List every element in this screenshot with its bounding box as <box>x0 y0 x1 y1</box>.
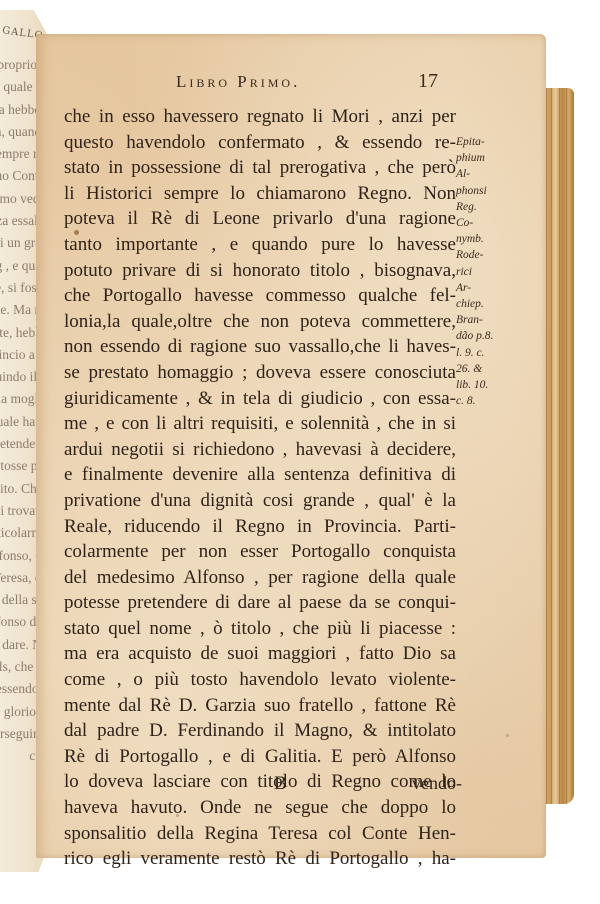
text-line: mente dal Rè D. Garzia suo fratello , fa… <box>64 693 456 719</box>
marginal-note-line: Ar- <box>456 280 502 296</box>
text-line: e finalmente devenire alla sentenza defi… <box>64 462 456 488</box>
marginal-note-line: nymb. <box>456 231 502 247</box>
text-line: Rè di Portogallo , e di Galitia. E però … <box>64 744 456 770</box>
signature-mark: B <box>274 773 287 795</box>
marginal-note-line: lib. 10. <box>456 377 502 393</box>
text-line: stato quel nome , ò titolo , che più li … <box>64 616 456 642</box>
catchword: vendo- <box>412 773 462 794</box>
marginal-note-line: Al- <box>456 166 502 182</box>
text-line: li Historici sempre lo chiamarono Regno.… <box>64 181 456 207</box>
text-line: colarmente per non esser Portogallo conq… <box>64 539 456 565</box>
marginal-note-line: chiep. <box>456 296 502 312</box>
marginal-note: Epita-phiumAl-phonsiReg.Co-nymb.Rode-ric… <box>456 134 502 409</box>
text-line: potesse pretendere di dare al paese da s… <box>64 590 456 616</box>
marginal-note-line: 26. & <box>456 361 502 377</box>
text-line: giuridicamente , & in tela di giudicio ,… <box>64 386 456 412</box>
text-line: sponsalitio della Regina Teresa col Cont… <box>64 821 456 847</box>
text-line: ardui negotii si richiedono , havevasi à… <box>64 437 456 463</box>
text-line: non essendo di ragione suo vassallo,che … <box>64 334 456 360</box>
text-line: questo havendolo confermato , & essendo … <box>64 130 456 156</box>
marginal-note-line: c. 8. <box>456 393 502 409</box>
marginal-note-line: phonsi <box>456 183 502 199</box>
text-line: potuto privare di si honorato titolo , b… <box>64 258 456 284</box>
marginal-note-line: Co- <box>456 215 502 231</box>
marginal-note-line: Epita- <box>456 134 502 150</box>
marginal-note-line: Reg. <box>456 199 502 215</box>
marginal-note-line: dão p.8. <box>456 328 502 344</box>
recto-page: Libro Primo. 17 che in esso havessero re… <box>36 34 546 858</box>
marginal-note-line: Bran- <box>456 312 502 328</box>
body-text: che in esso havessero regnato li Mori , … <box>64 104 456 872</box>
marginal-note-line: rici <box>456 264 502 280</box>
text-line: me , e con li altri requisiti, e solenni… <box>64 411 456 437</box>
text-line: dal padre D. Ferdinando il Magno, & inti… <box>64 718 456 744</box>
text-line: che in esso havessero regnato li Mori , … <box>64 104 456 130</box>
marginal-note-line: phium <box>456 150 502 166</box>
foxing-spot <box>176 814 179 817</box>
text-line: privatione d'una dignità cosi grande , q… <box>64 488 456 514</box>
text-line: che Portogallo havesse commesso qualche … <box>64 283 456 309</box>
text-line: lonia,la quale,oltre che non poteva comm… <box>64 309 456 335</box>
text-line: ma era acquisto de suoi maggiori , fatto… <box>64 641 456 667</box>
marginal-note-line: Rode- <box>456 247 502 263</box>
text-line: Reale, riducendo il Regno in Provincia. … <box>64 514 456 540</box>
foxing-spot <box>74 230 79 235</box>
text-line: poteva il Rè di Leone privarlo d'una rag… <box>64 206 456 232</box>
foxing-spot <box>506 734 509 737</box>
page-number: 17 <box>418 70 438 93</box>
text-line: come , o più tosto havendolo levato viol… <box>64 667 456 693</box>
text-line: tanto importante , e quando pure lo have… <box>64 232 456 258</box>
text-line: se prestato homaggio ; doveva essere con… <box>64 360 456 386</box>
text-line: lo doveva lasciare con titolo di Regno c… <box>64 769 456 795</box>
text-line: del medesimo Alfonso , per ragione della… <box>64 565 456 591</box>
text-line: rico egli veramente restò Rè di Portogal… <box>64 846 456 872</box>
marginal-note-line: l. 9. c. <box>456 345 502 361</box>
text-line: stato in possessione di tal prerogativa … <box>64 155 456 181</box>
text-line: haveva havuto. Onde ne segue che doppo l… <box>64 795 456 821</box>
